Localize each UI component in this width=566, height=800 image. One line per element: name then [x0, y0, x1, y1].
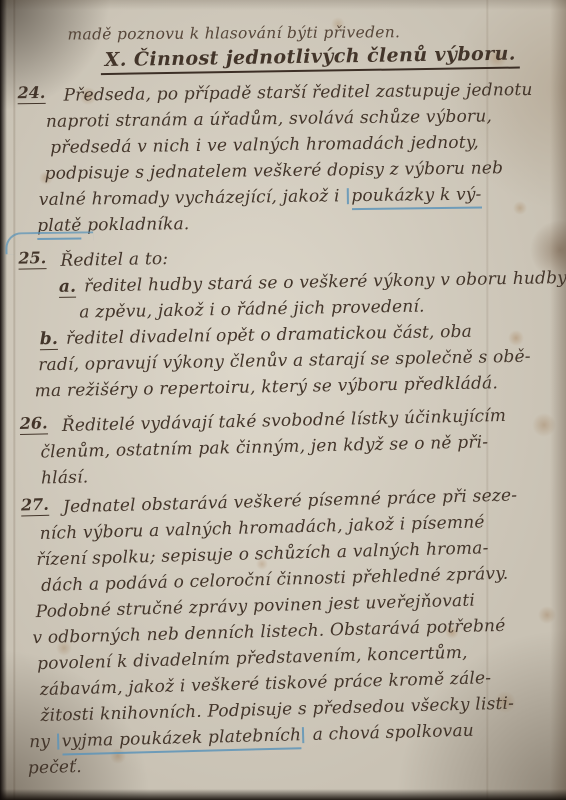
- paragraph-number: 26.: [20, 413, 48, 435]
- sub-item-label: b.: [40, 329, 59, 350]
- paragraph-text: Ředitelé vydávají také svobodné lístky ú…: [40, 402, 550, 492]
- heading-row: X. Činnost jednotlivých členů výboru.: [0, 44, 564, 74]
- paragraph-24: 24. Předseda, po případě starší ředitel …: [0, 77, 565, 240]
- continuation-line: madě poznovu k hlasování býti přiveden.: [67, 22, 563, 43]
- line-segment: valné hromady vycházející, jakož i: [39, 186, 346, 210]
- blue-underlined-text: poukázky k vý-: [351, 185, 482, 211]
- blue-tick-mark: [302, 727, 304, 743]
- paragraph-number: 27.: [21, 495, 49, 517]
- line-segment: a chová spolkovau: [307, 721, 474, 745]
- paragraph-text: Ředitel a to: a.ředitel hudby stará se o…: [38, 239, 549, 404]
- paragraph-25: 25. Ředitel a to: a.ředitel hudby stará …: [0, 239, 566, 405]
- line-segment: ředitel divadelní opět o dramatickou čás…: [66, 322, 472, 349]
- paragraph-number: 24.: [17, 83, 45, 104]
- handwritten-line: platě pokladníka.: [37, 207, 547, 239]
- paragraph-27: 27. Jednatel obstarává veškeré písemné p…: [1, 481, 566, 782]
- section-heading: X. Činnost jednotlivých členů výboru.: [101, 43, 520, 76]
- manuscript-photo: madě poznovu k hlasování býti přiveden. …: [0, 0, 566, 800]
- blue-tick-mark: [346, 188, 348, 204]
- line-segment: ředitel hudby stará se o veškeré výkony …: [84, 268, 566, 296]
- line-segment: pokladníka.: [81, 214, 189, 235]
- blue-tick-mark: [57, 734, 59, 750]
- paragraph-26: 26. Ředitelé vydávají také svobodné líst…: [0, 402, 566, 493]
- manuscript-page: madě poznovu k hlasování býti přiveden. …: [0, 0, 566, 782]
- paragraph-number: 25.: [18, 248, 46, 269]
- sub-item-label: a.: [59, 277, 77, 298]
- paragraph-text: Předseda, po případě starší ředitel zast…: [37, 77, 547, 239]
- paragraph-text: Jednatel obstarává veškeré písemné práce…: [41, 482, 556, 781]
- line-segment: ny: [29, 732, 56, 753]
- blue-underlined-text: platě: [37, 215, 82, 240]
